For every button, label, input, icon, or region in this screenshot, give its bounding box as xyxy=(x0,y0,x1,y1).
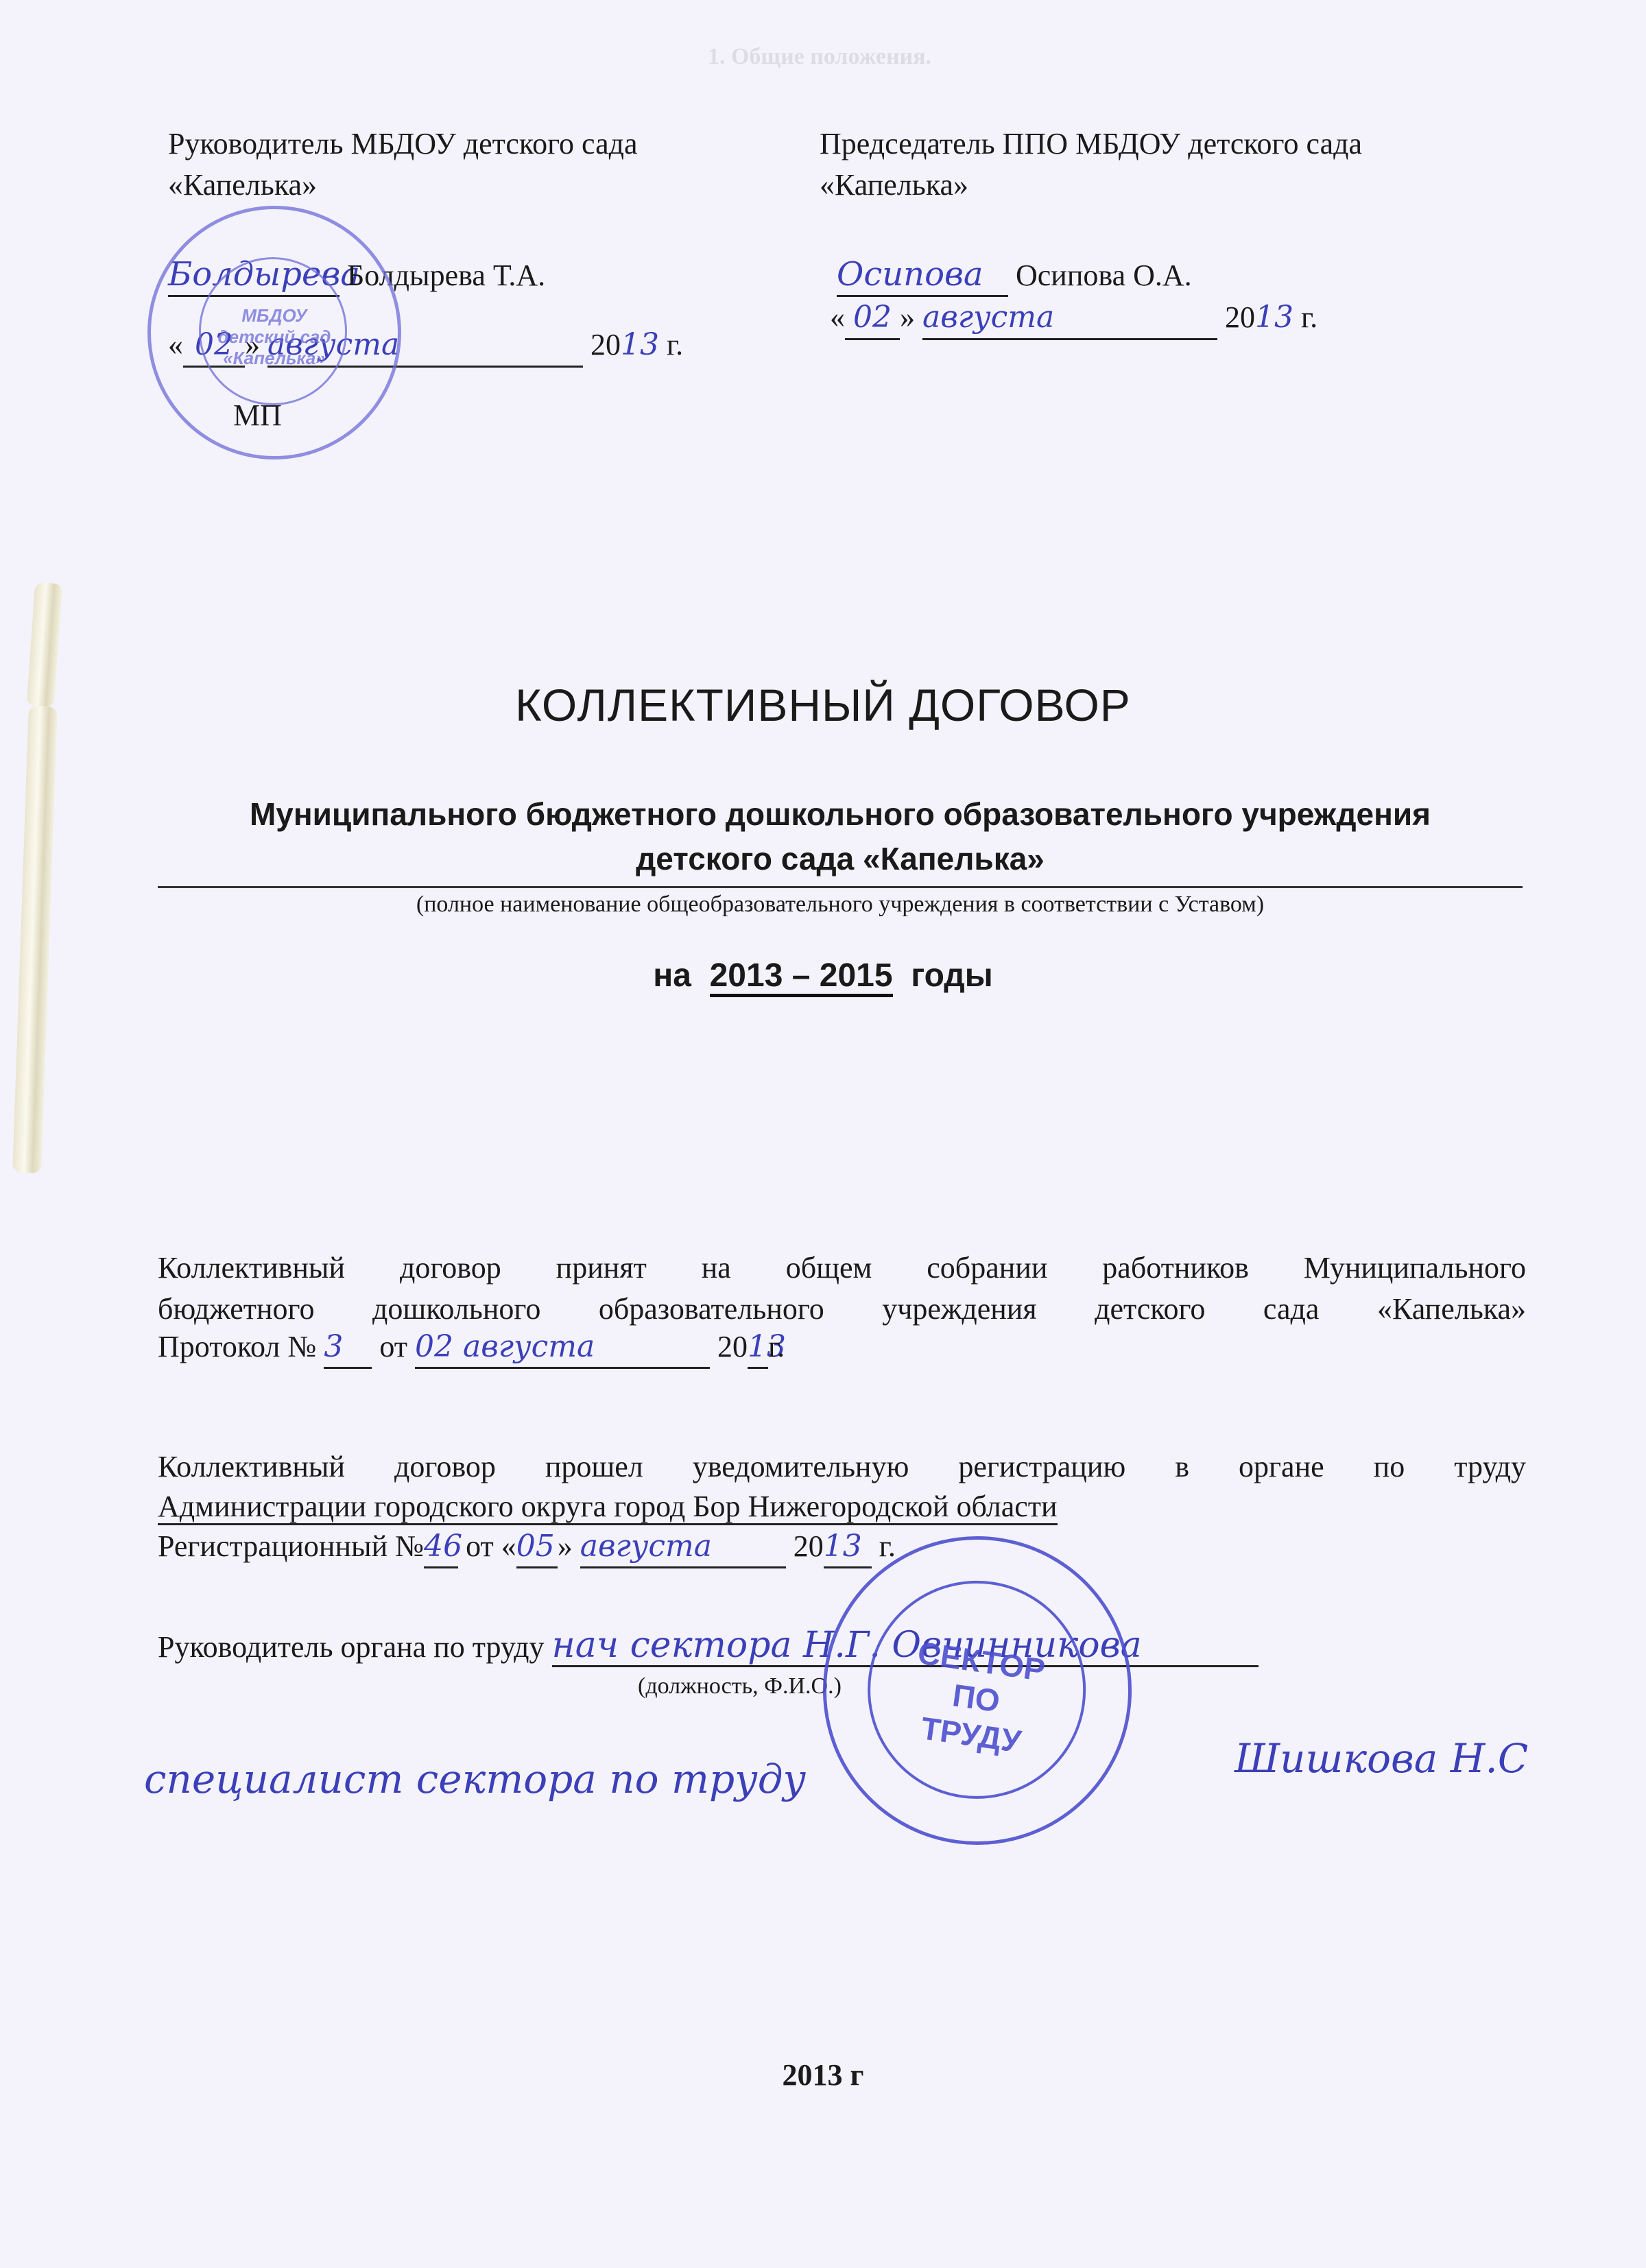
date-open-quote: « xyxy=(830,300,845,334)
right-year-prefix: 20 xyxy=(1225,300,1255,334)
protocol-year-suffix: 13 xyxy=(748,1327,768,1369)
org-name-note: (полное наименование общеобразовательног… xyxy=(158,892,1523,918)
footer-year: 2013 г xyxy=(0,2057,1646,2092)
registration-line2-wrap: Администрации городского округа город Бо… xyxy=(158,1487,1526,1527)
bleed-through-text: 1. Общие положения. xyxy=(137,41,1502,73)
specialist-handwritten: специалист сектора по труду xyxy=(144,1756,806,1802)
right-signature-row: Осипова Осипова О.А. xyxy=(820,254,1505,297)
registration-number-label: Регистрационный № xyxy=(158,1529,424,1563)
protocol-label: Протокол № xyxy=(158,1330,316,1363)
registration-year-prefix: 20 xyxy=(794,1529,824,1563)
labor-head-label: Руководитель органа по труду xyxy=(158,1630,545,1664)
date-close-quote: » xyxy=(900,300,915,334)
stamp-center-line1: МБДОУ xyxy=(151,305,398,326)
left-title-line1: Руководитель МБДОУ детского сада xyxy=(168,123,785,165)
contract-period: на 2013 – 2015 годы xyxy=(0,957,1646,994)
registration-year-suffix: 13 xyxy=(824,1527,872,1568)
protocol-year-prefix: 20 xyxy=(717,1330,748,1363)
period-prefix: на xyxy=(653,957,691,994)
period-years: 2013 – 2015 xyxy=(710,957,893,997)
stamp-center-line3: «Капелька» xyxy=(151,348,398,369)
protocol-year-unit: г. xyxy=(768,1330,785,1363)
specialist-name-handwritten: Шишкова Н.С xyxy=(1234,1735,1528,1782)
org-name-line2: детского сада «Капелька» xyxy=(158,840,1523,877)
registration-from-label: от « xyxy=(466,1529,516,1563)
left-year-suffix: 13 xyxy=(621,327,659,362)
signature-block-right: Председатель ППО МБДОУ детского сада «Ка… xyxy=(820,123,1505,340)
right-year-suffix: 13 xyxy=(1255,300,1293,335)
right-year-unit: г. xyxy=(1301,300,1317,334)
right-date-row: «02» августа 2013 г. xyxy=(820,297,1505,340)
protocol-number: 3 xyxy=(324,1327,372,1369)
institution-stamp: МБДОУ детский сад «Капелька» xyxy=(147,206,401,459)
org-name-line1: Муниципального бюджетного дошкольного об… xyxy=(158,796,1523,833)
adoption-line1: Коллективный договор принят на общем соб… xyxy=(158,1248,1526,1288)
registration-month: августа xyxy=(580,1527,786,1568)
left-year-prefix: 20 xyxy=(591,328,621,361)
labor-head-caption: (должность, Ф.И.О.) xyxy=(638,1673,842,1699)
adoption-line2: бюджетного дошкольного образовательного … xyxy=(158,1289,1526,1329)
left-title-line2: «Капелька» xyxy=(168,165,785,206)
org-name-underline xyxy=(158,886,1523,888)
right-handwritten-signature: Осипова xyxy=(837,254,1008,297)
right-title-line2: «Капелька» xyxy=(820,165,1505,206)
stamp-center-line2: детский сад xyxy=(151,326,398,348)
registration-line2: Администрации городского округа город Бо… xyxy=(158,1490,1058,1525)
protocol-date: 02 августа xyxy=(415,1327,710,1369)
left-year-unit: г. xyxy=(667,328,683,361)
binding-thread-lower xyxy=(12,706,58,1173)
registration-year-unit: г. xyxy=(879,1529,896,1563)
right-signer-name: Осипова О.А. xyxy=(1016,259,1192,292)
period-suffix: годы xyxy=(911,957,993,994)
document-title: КОЛЛЕКТИВНЫЙ ДОГОВОР xyxy=(0,679,1646,731)
ghost-heading: 1. Общие положения. xyxy=(137,41,1502,73)
registration-number: 46 xyxy=(424,1527,458,1568)
right-title-line1: Председатель ППО МБДОУ детского сада xyxy=(820,123,1505,165)
protocol-from-label: от xyxy=(379,1330,407,1363)
right-date-day: 02 xyxy=(845,297,900,340)
protocol-row: Протокол № 3 от 02 августа 2013г. xyxy=(158,1327,1526,1369)
registration-day: 05 xyxy=(516,1527,558,1568)
registration-line1: Коллективный договор прошел уведомительн… xyxy=(158,1447,1526,1487)
registration-close-quote: » xyxy=(558,1529,573,1563)
labor-sector-stamp: СЕКТОР ПО ТРУДУ xyxy=(803,1516,1152,1865)
registration-number-row: Регистрационный №46 от «05» августа 2013… xyxy=(158,1527,1526,1568)
right-date-month: августа xyxy=(922,297,1217,340)
